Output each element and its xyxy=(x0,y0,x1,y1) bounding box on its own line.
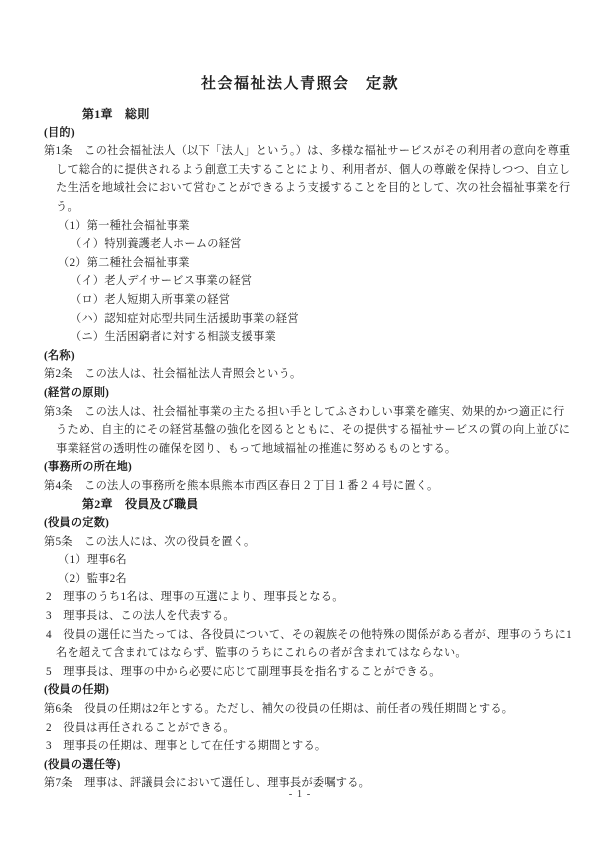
sub-list-item: （ハ）認知症対応型共同生活援助事業の経営 xyxy=(44,310,576,329)
article-continuation: して総合的に提供されるよう創意工夫することにより、利用者が、個人の尊厳を保持しつ… xyxy=(44,161,576,180)
numbered-clause: 4 役員の選任に当たっては、各役員について、その親族その他特殊の関係がある者が、… xyxy=(44,626,576,645)
numbered-clause: 2 役員は再任されることができる。 xyxy=(44,719,576,738)
list-item: （2）監事2名 xyxy=(44,570,576,589)
section-label: (事務所の所在地) xyxy=(44,458,576,477)
chapter-heading: 第2章 役員及び職員 xyxy=(44,495,576,514)
sub-list-item: （イ）特別養護老人ホームの経営 xyxy=(44,235,576,254)
article-line: 第2条 この法人は、社会福祉法人青照会という。 xyxy=(44,365,576,384)
section-label: (名称) xyxy=(44,347,576,366)
article-continuation: た生活を地域社会において営むことができるよう支援することを目的として、次の社会福… xyxy=(44,179,576,198)
numbered-clause: 3 理事長の任期は、理事として在任する期間とする。 xyxy=(44,737,576,756)
article-line: 第5条 この法人には、次の役員を置く。 xyxy=(44,533,576,552)
list-item: （1）理事6名 xyxy=(44,551,576,570)
article-line: 第6条 役員の任期は2年とする。ただし、補欠の役員の任期は、前任者の残任期間とす… xyxy=(44,700,576,719)
section-label: (経営の原則) xyxy=(44,384,576,403)
section-label: (目的) xyxy=(44,124,576,143)
list-item: （1）第一種社会福祉事業 xyxy=(44,217,576,236)
chapter-heading: 第1章 総則 xyxy=(44,105,576,124)
article-continuation: う。 xyxy=(44,198,576,217)
article-line: 第3条 この法人は、社会福祉事業の主たる担い手としてふさわしい事業を確実、効果的… xyxy=(44,403,576,422)
section-label: (役員の選任等) xyxy=(44,756,576,775)
numbered-clause: 3 理事長は、この法人を代表する。 xyxy=(44,607,576,626)
numbered-clause: 2 理事のうち1名は、理事の互選により、理事長となる。 xyxy=(44,588,576,607)
list-item: （2）第二種社会福祉事業 xyxy=(44,254,576,273)
numbered-clause: 5 理事長は、理事の中から必要に応じて副理事長を指名することができる。 xyxy=(44,663,576,682)
document-title: 社会福祉法人青照会 定款 xyxy=(0,72,600,93)
section-label: (役員の定数) xyxy=(44,514,576,533)
document-page: 社会福祉法人青照会 定款 第1章 総則 (目的) 第1条 この社会福祉法人（以下… xyxy=(0,0,600,848)
article-continuation: うため、自主的にその経営基盤の強化を図るとともに、その提供する福祉サービスの質の… xyxy=(44,421,576,440)
sub-list-item: （ロ）老人短期入所事業の経営 xyxy=(44,291,576,310)
article-line: 第1条 この社会福祉法人（以下「法人」という。）は、多様な福祉サービスがその利用… xyxy=(44,142,576,161)
sub-list-item: （ニ）生活困窮者に対する相談支援事業 xyxy=(44,328,576,347)
article-continuation: 名を超えて含まれてはならず、監事のうちにこれらの者が含まれてはならない。 xyxy=(44,644,576,663)
sub-list-item: （イ）老人デイサービス事業の経営 xyxy=(44,272,576,291)
article-continuation: 事業経営の透明性の確保を図り、もって地域福祉の推進に努めるものとする。 xyxy=(44,440,576,459)
page-number: - 1 - xyxy=(0,789,600,800)
document-body: 第1章 総則 (目的) 第1条 この社会福祉法人（以下「法人」という。）は、多様… xyxy=(44,105,576,793)
section-label: (役員の任期) xyxy=(44,681,576,700)
article-line: 第4条 この法人の事務所を熊本県熊本市西区春日２丁目１番２４号に置く。 xyxy=(44,477,576,496)
